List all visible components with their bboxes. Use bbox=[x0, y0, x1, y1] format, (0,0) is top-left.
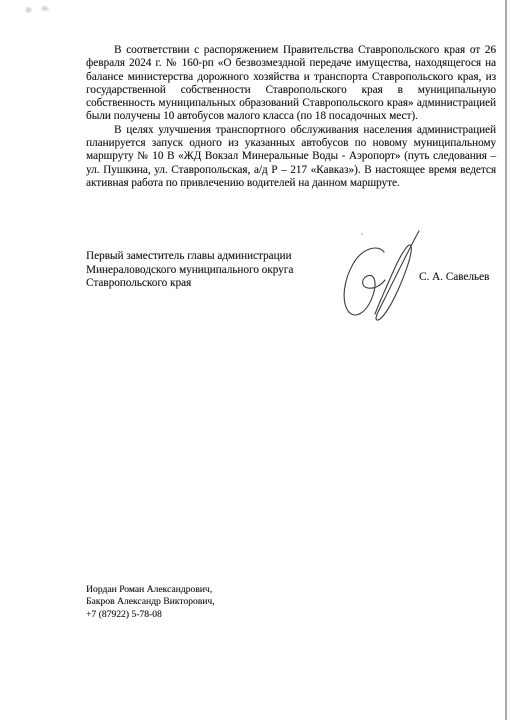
signer-position-line: Первый заместитель главы администрации bbox=[86, 250, 293, 264]
scan-smudge bbox=[39, 4, 50, 13]
contact-footer: Иордан Роман Александрович, Бакров Алекс… bbox=[86, 584, 215, 621]
signer-position-line: Минераловодского муниципального округа bbox=[86, 264, 293, 278]
scanned-letter-page: В соответствии с распоряжением Правитель… bbox=[0, 0, 510, 720]
scan-smudge bbox=[23, 5, 34, 15]
contact-phone: +7 (87922) 5-78-08 bbox=[86, 609, 215, 621]
scan-edge-line bbox=[505, 0, 507, 720]
contact-person: Иордан Роман Александрович, bbox=[86, 584, 215, 596]
signer-position-line: Ставропольского края bbox=[86, 277, 293, 291]
signer-name: С. А. Савельев bbox=[419, 271, 489, 283]
signer-position-block: Первый заместитель главы администрации М… bbox=[86, 250, 293, 291]
handwritten-signature-icon bbox=[332, 224, 432, 324]
letter-body: В соответствии с распоряжением Правитель… bbox=[86, 44, 496, 190]
paragraph-new-route: В целях улучшения транспортного обслужив… bbox=[86, 124, 496, 190]
contact-person: Бакров Александр Викторович, bbox=[86, 596, 215, 608]
paragraph-transfer-of-property: В соответствии с распоряжением Правитель… bbox=[86, 44, 496, 124]
